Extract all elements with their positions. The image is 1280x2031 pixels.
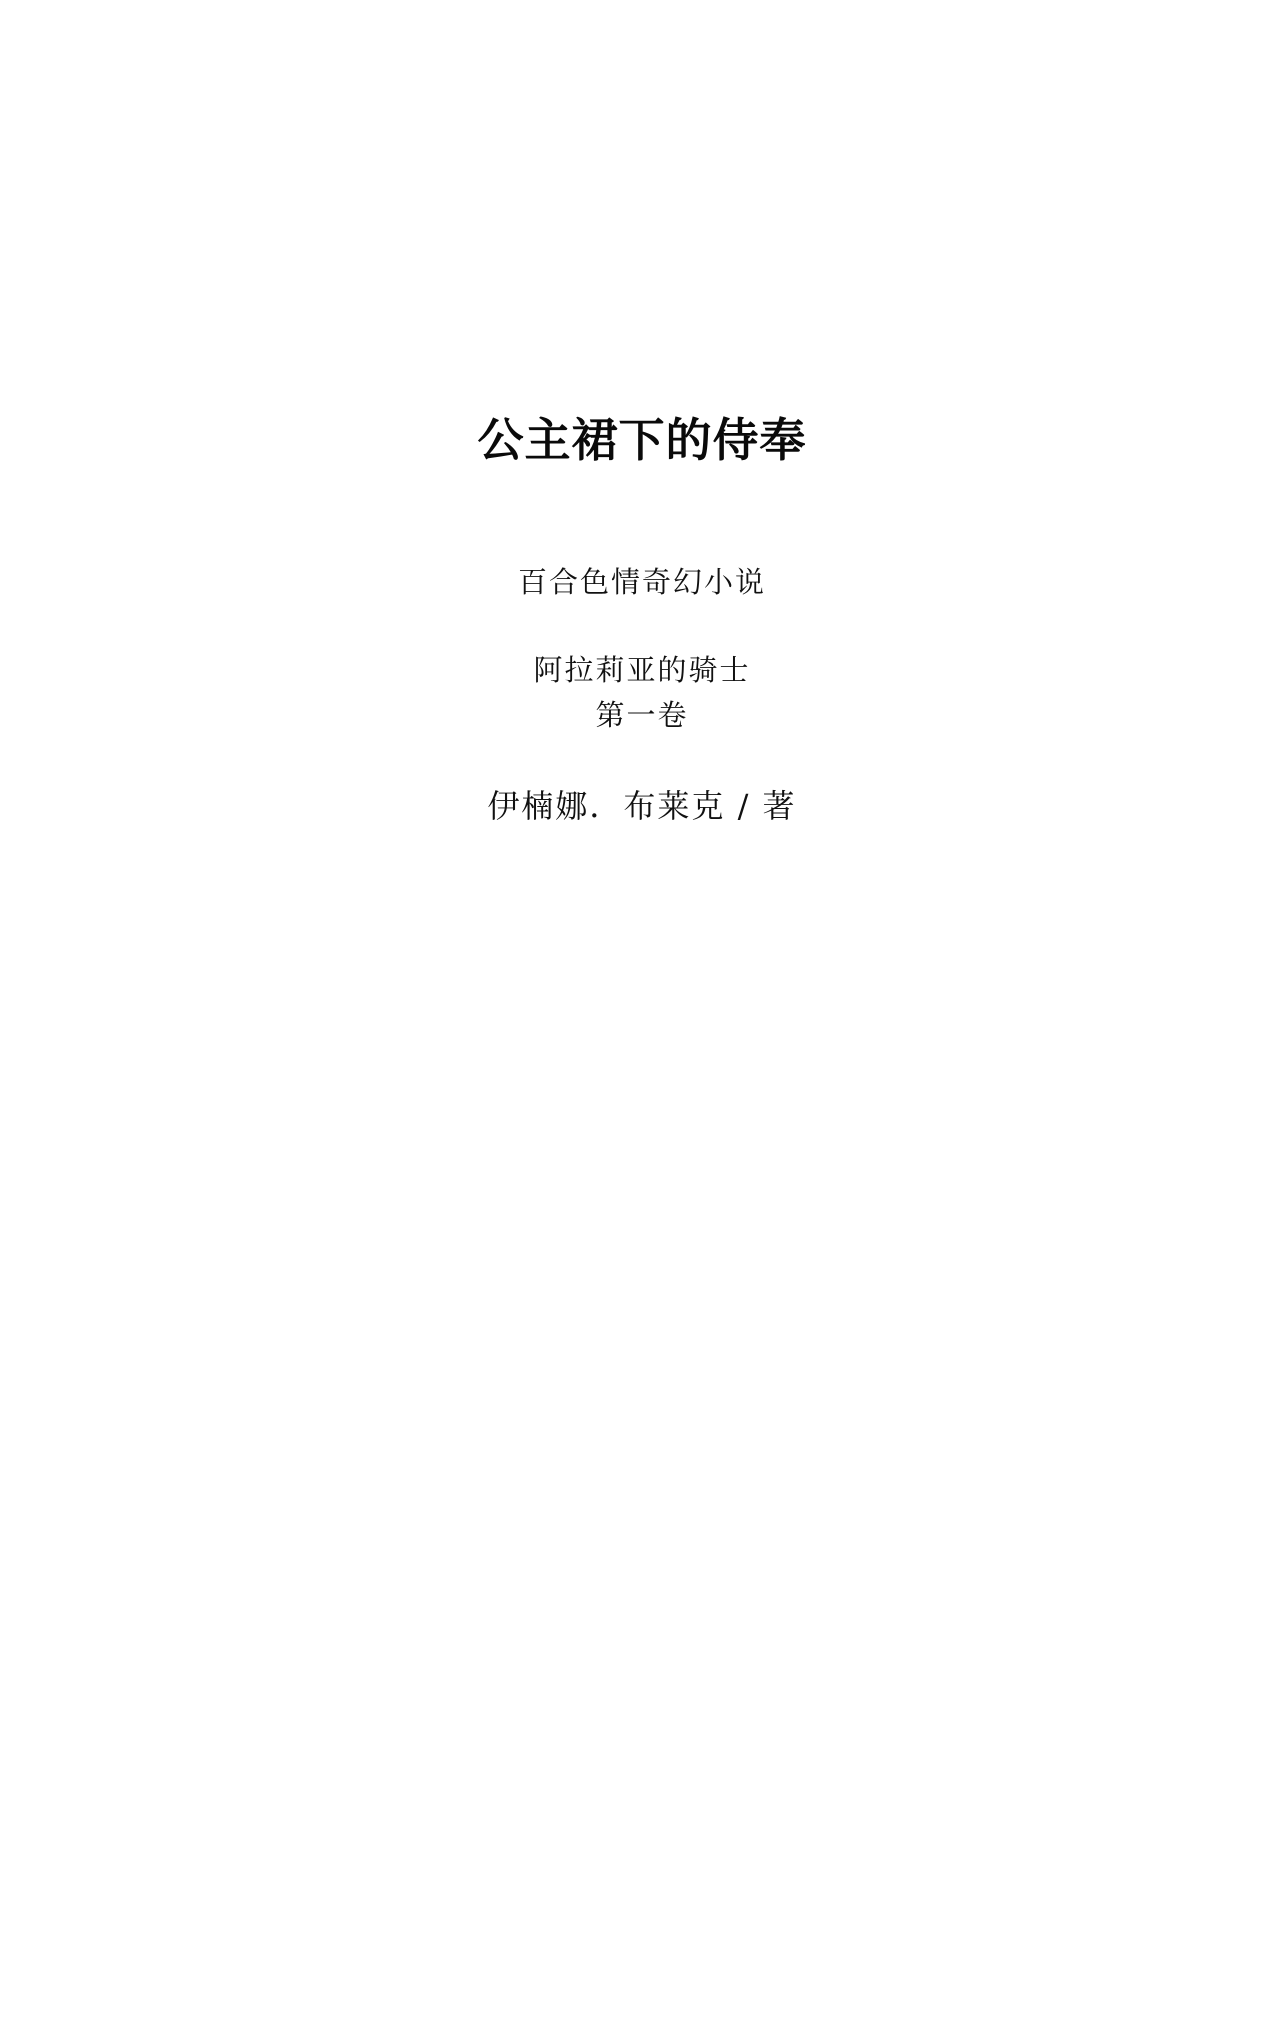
- book-genre: 百合色情奇幻小说: [0, 560, 1280, 604]
- series-name: 阿拉莉亚的骑士: [0, 648, 1280, 692]
- volume-label: 第一卷: [0, 693, 1280, 737]
- title-page: 公主裙下的侍奉 百合色情奇幻小说 阿拉莉亚的骑士 第一卷 伊楠娜．布莱克 / 著: [0, 0, 1280, 2031]
- book-title: 公主裙下的侍奉: [0, 410, 1280, 470]
- author-line: 伊楠娜．布莱克 / 著: [0, 782, 1280, 830]
